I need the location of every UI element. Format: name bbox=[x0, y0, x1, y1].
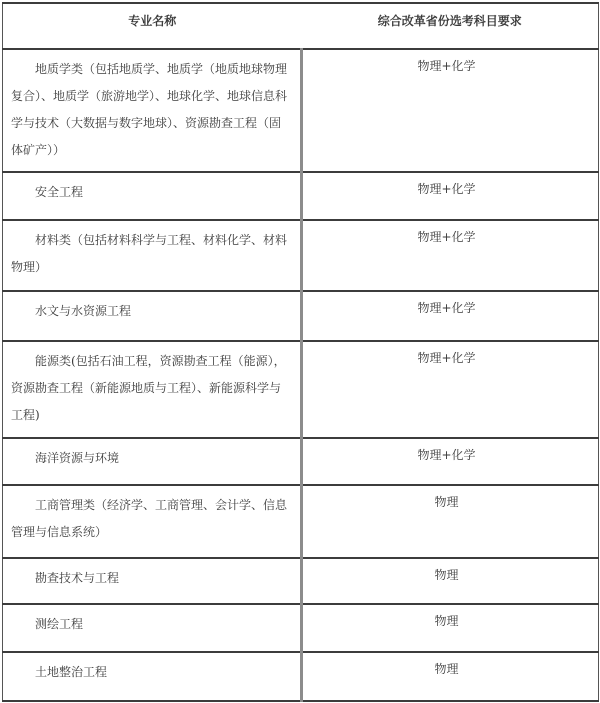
table-row: 工商管理类（经济学、工商管理、会计学、信息管理与信息系统） 物理 bbox=[3, 485, 599, 558]
requirement-cell: 物理+化学 bbox=[302, 438, 599, 485]
table-row: 土地整治工程 物理 bbox=[3, 652, 599, 701]
requirement-cell: 物理+化学 bbox=[302, 49, 599, 172]
requirement-cell: 物理+化学 bbox=[302, 291, 599, 341]
requirement-cell: 物理 bbox=[302, 652, 599, 701]
major-cell: 土地整治工程 bbox=[3, 652, 302, 701]
requirement-cell: 物理+化学 bbox=[302, 341, 599, 438]
major-cell: 能源类(包括石油工程，资源勘查工程（能源），资源勘查工程（新能源地质与工程）、新… bbox=[3, 341, 302, 438]
requirement-cell: 物理+化学 bbox=[302, 220, 599, 291]
major-cell: 测绘工程 bbox=[3, 604, 302, 652]
table-row: 勘查技术与工程 物理 bbox=[3, 558, 599, 604]
requirement-cell: 物理+化学 bbox=[302, 172, 599, 220]
table-row: 地质学类（包括地质学、地质学（地质地球物理复合）、地质学（旅游地学）、地球化学、… bbox=[3, 49, 599, 172]
table-row: 海洋资源与环境 物理+化学 bbox=[3, 438, 599, 485]
header-row: 专业名称 综合改革省份选考科目要求 bbox=[3, 3, 599, 49]
major-cell: 水文与水资源工程 bbox=[3, 291, 302, 341]
requirement-cell: 物理 bbox=[302, 485, 599, 558]
requirement-cell: 物理 bbox=[302, 558, 599, 604]
major-cell: 地质学类（包括地质学、地质学（地质地球物理复合）、地质学（旅游地学）、地球化学、… bbox=[3, 49, 302, 172]
table-row: 安全工程 物理+化学 bbox=[3, 172, 599, 220]
major-cell: 安全工程 bbox=[3, 172, 302, 220]
major-cell: 勘查技术与工程 bbox=[3, 558, 302, 604]
major-cell: 材料类（包括材料科学与工程、材料化学、材料物理） bbox=[3, 220, 302, 291]
subject-requirements-table: 专业名称 综合改革省份选考科目要求 地质学类（包括地质学、地质学（地质地球物理复… bbox=[2, 2, 599, 702]
column-header-requirement: 综合改革省份选考科目要求 bbox=[302, 3, 599, 49]
requirement-cell: 物理 bbox=[302, 604, 599, 652]
table-row: 材料类（包括材料科学与工程、材料化学、材料物理） 物理+化学 bbox=[3, 220, 599, 291]
table-row: 测绘工程 物理 bbox=[3, 604, 599, 652]
page: 专业名称 综合改革省份选考科目要求 地质学类（包括地质学、地质学（地质地球物理复… bbox=[0, 0, 600, 703]
major-cell: 工商管理类（经济学、工商管理、会计学、信息管理与信息系统） bbox=[3, 485, 302, 558]
major-cell: 海洋资源与环境 bbox=[3, 438, 302, 485]
table-row: 水文与水资源工程 物理+化学 bbox=[3, 291, 599, 341]
table-row: 能源类(包括石油工程，资源勘查工程（能源），资源勘查工程（新能源地质与工程）、新… bbox=[3, 341, 599, 438]
column-header-major: 专业名称 bbox=[3, 3, 302, 49]
